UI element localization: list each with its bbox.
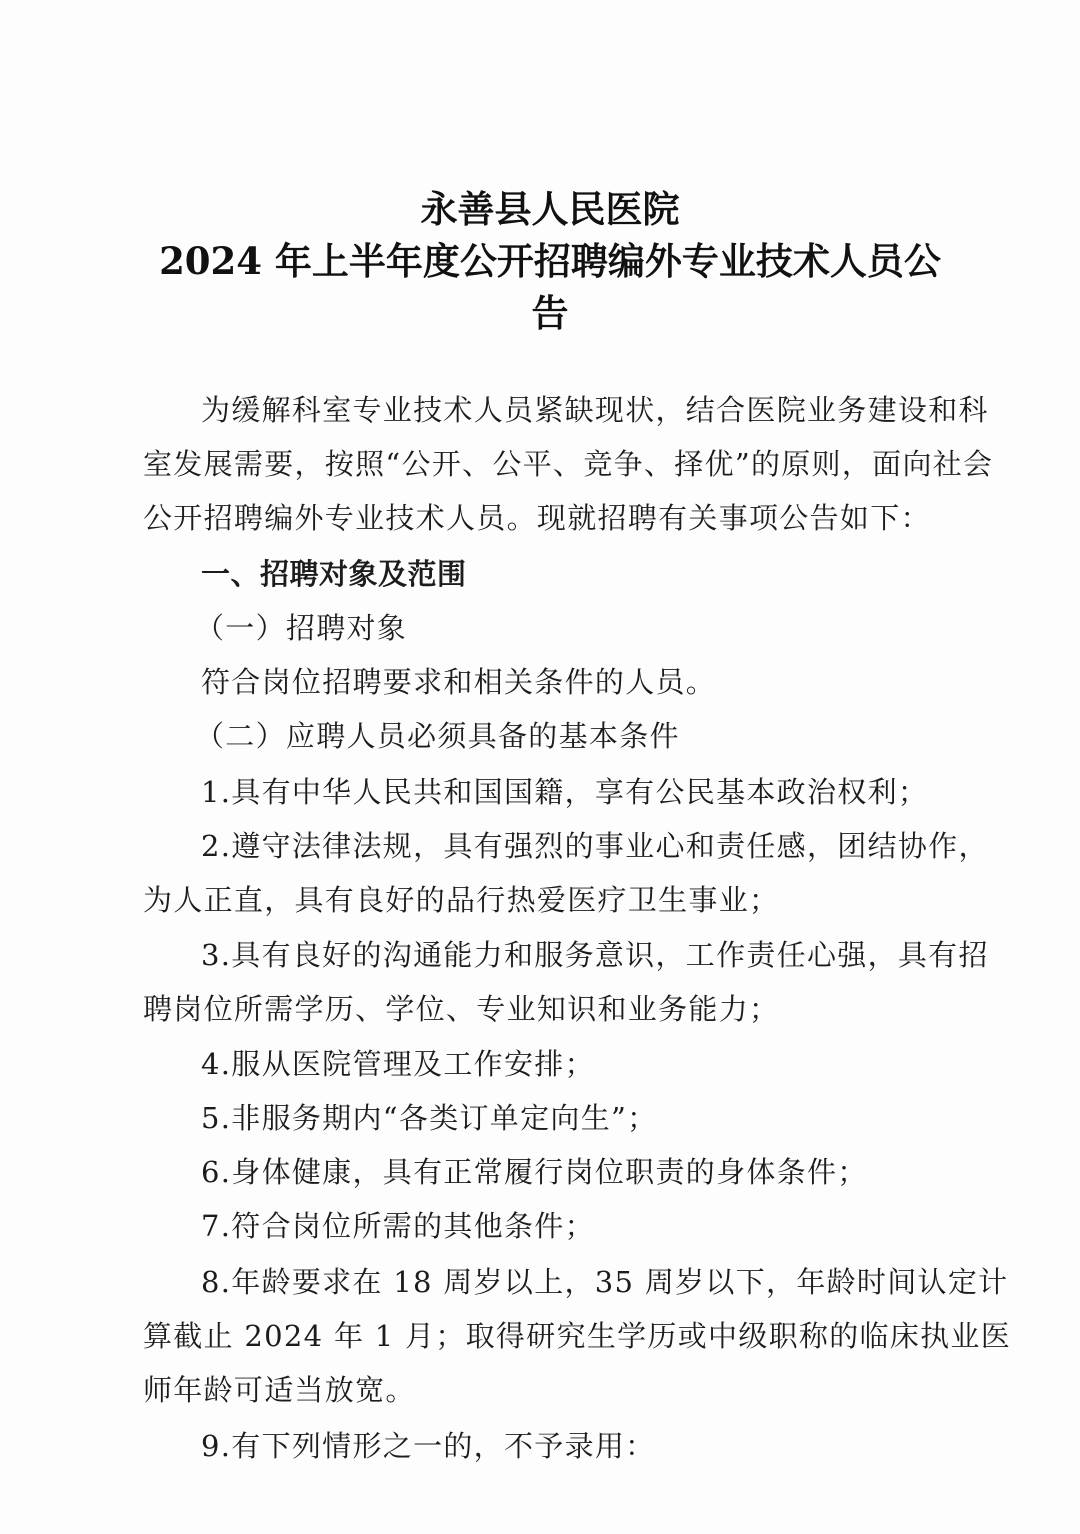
list-item-continuation: 算截止 2024 年 1 月；取得研究生学历或中级职称的临床执业医 (143, 1316, 1011, 1356)
list-item: 9.有下列情形之一的，不予录用： (201, 1426, 655, 1466)
list-item-continuation: 为人正直，具有良好的品行热爱医疗卫生事业； (143, 880, 779, 920)
title-line-1: 永善县人民医院 (130, 183, 970, 235)
list-item: 8.年龄要求在 18 周岁以上，35 周岁以下，年龄时间认定计 (201, 1262, 1008, 1302)
intro-paragraph-line: 为缓解科室专业技术人员紧缺现状，结合医院业务建设和科 (201, 390, 989, 430)
section-heading: 一、招聘对象及范围 (201, 554, 467, 594)
paragraph-line: 符合岗位招聘要求和相关条件的人员。 (201, 662, 716, 702)
subsection-heading: （二）应聘人员必须具备的基本条件 (195, 716, 680, 756)
title-line-2: 2024 年上半年度公开招聘编外专业技术人员公 (130, 235, 970, 287)
document-title: 永善县人民医院 2024 年上半年度公开招聘编外专业技术人员公 告 (130, 183, 970, 339)
list-item: 6.身体健康，具有正常履行岗位职责的身体条件； (201, 1152, 868, 1192)
list-item-continuation: 聘岗位所需学历、学位、专业知识和业务能力； (143, 989, 779, 1029)
list-item: 7.符合岗位所需的其他条件； (201, 1206, 595, 1246)
list-item: 4.服从医院管理及工作安排； (201, 1044, 595, 1084)
document-page: 永善县人民医院 2024 年上半年度公开招聘编外专业技术人员公 告 为缓解科室专… (0, 0, 1080, 1534)
list-item: 2.遵守法律法规，具有强烈的事业心和责任感，团结协作， (201, 826, 989, 866)
list-item: 1.具有中华人民共和国国籍，享有公民基本政治权利； (201, 772, 928, 812)
list-item: 5.非服务期内“各类订单定向生”； (201, 1098, 657, 1138)
intro-paragraph-line: 公开招聘编外专业技术人员。现就招聘有关事项公告如下： (143, 498, 931, 538)
list-item: 3.具有良好的沟通能力和服务意识，工作责任心强，具有招 (201, 935, 989, 975)
subsection-heading: （一）招聘对象 (195, 608, 407, 648)
list-item-continuation: 师年龄可适当放宽。 (143, 1370, 416, 1410)
title-line-3: 告 (130, 287, 970, 339)
intro-paragraph-line: 室发展需要，按照“公开、公平、竞争、择优”的原则，面向社会 (143, 444, 993, 484)
